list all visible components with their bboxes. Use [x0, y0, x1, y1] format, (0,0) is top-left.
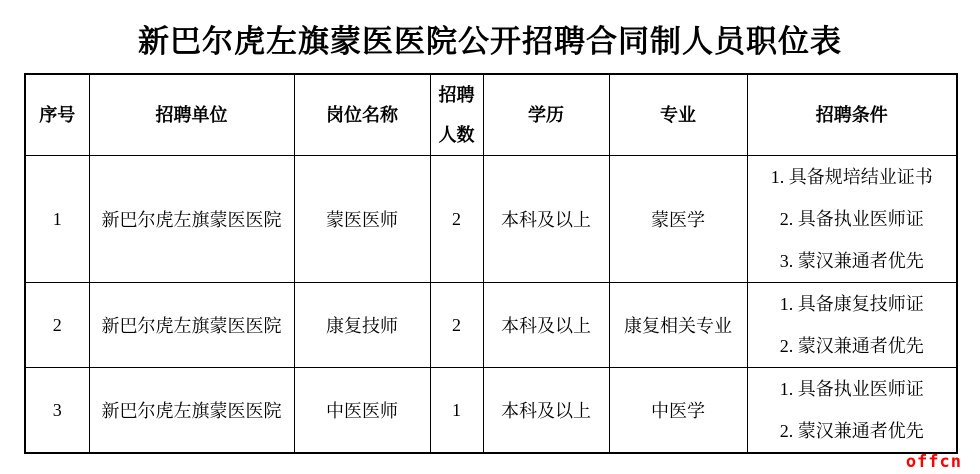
cell-education: 本科及以上	[483, 156, 609, 283]
col-header-unit: 招聘单位	[89, 74, 294, 156]
offcn-watermark: offcn	[906, 452, 962, 472]
cell-conditions: 1. 具备康复技师证 2. 蒙汉兼通者优先	[747, 283, 957, 368]
cell-major: 康复相关专业	[609, 283, 747, 368]
condition-item: 1. 具备规培结业证书	[771, 156, 933, 198]
table-row: 1 新巴尔虎左旗蒙医医院 蒙医医师 2 本科及以上 蒙医学 1. 具备规培结业证…	[25, 156, 957, 283]
condition-item: 1. 具备执业医师证	[780, 368, 924, 410]
condition-item: 2. 蒙汉兼通者优先	[780, 325, 924, 367]
conditions-list: 1. 具备规培结业证书 2. 具备执业医师证 3. 蒙汉兼通者优先	[748, 156, 957, 282]
cell-position: 蒙医医师	[294, 156, 430, 283]
col-header-major: 专业	[609, 74, 747, 156]
condition-item: 1. 具备康复技师证	[780, 283, 924, 325]
cell-index: 3	[25, 368, 89, 454]
cell-unit: 新巴尔虎左旗蒙医医院	[89, 283, 294, 368]
table-row: 3 新巴尔虎左旗蒙医医院 中医医师 1 本科及以上 中医学 1. 具备执业医师证…	[25, 368, 957, 454]
job-position-table: 序号 招聘单位 岗位名称 招聘人数 学历 专业 招聘条件 1 新巴尔虎左旗蒙医医…	[24, 73, 958, 454]
col-header-position: 岗位名称	[294, 74, 430, 156]
cell-conditions: 1. 具备执业医师证 2. 蒙汉兼通者优先	[747, 368, 957, 454]
page-title: 新巴尔虎左旗蒙医医院公开招聘合同制人员职位表	[0, 0, 980, 68]
conditions-list: 1. 具备执业医师证 2. 蒙汉兼通者优先	[748, 368, 957, 452]
table-header-row: 序号 招聘单位 岗位名称 招聘人数 学历 专业 招聘条件	[25, 74, 957, 156]
cell-major: 中医学	[609, 368, 747, 454]
cell-headcount: 2	[430, 283, 483, 368]
table-row: 2 新巴尔虎左旗蒙医医院 康复技师 2 本科及以上 康复相关专业 1. 具备康复…	[25, 283, 957, 368]
cell-education: 本科及以上	[483, 283, 609, 368]
condition-item: 3. 蒙汉兼通者优先	[780, 240, 924, 282]
cell-index: 1	[25, 156, 89, 283]
cell-position: 中医医师	[294, 368, 430, 454]
cell-index: 2	[25, 283, 89, 368]
cell-unit: 新巴尔虎左旗蒙医医院	[89, 156, 294, 283]
condition-item: 2. 具备执业医师证	[780, 198, 924, 240]
cell-conditions: 1. 具备规培结业证书 2. 具备执业医师证 3. 蒙汉兼通者优先	[747, 156, 957, 283]
cell-headcount: 1	[430, 368, 483, 454]
cell-unit: 新巴尔虎左旗蒙医医院	[89, 368, 294, 454]
col-header-headcount: 招聘人数	[430, 74, 483, 156]
col-header-index: 序号	[25, 74, 89, 156]
conditions-list: 1. 具备康复技师证 2. 蒙汉兼通者优先	[748, 283, 957, 367]
col-header-conditions: 招聘条件	[747, 74, 957, 156]
cell-position: 康复技师	[294, 283, 430, 368]
cell-headcount: 2	[430, 156, 483, 283]
condition-item: 2. 蒙汉兼通者优先	[780, 410, 924, 452]
cell-major: 蒙医学	[609, 156, 747, 283]
col-header-education: 学历	[483, 74, 609, 156]
cell-education: 本科及以上	[483, 368, 609, 454]
